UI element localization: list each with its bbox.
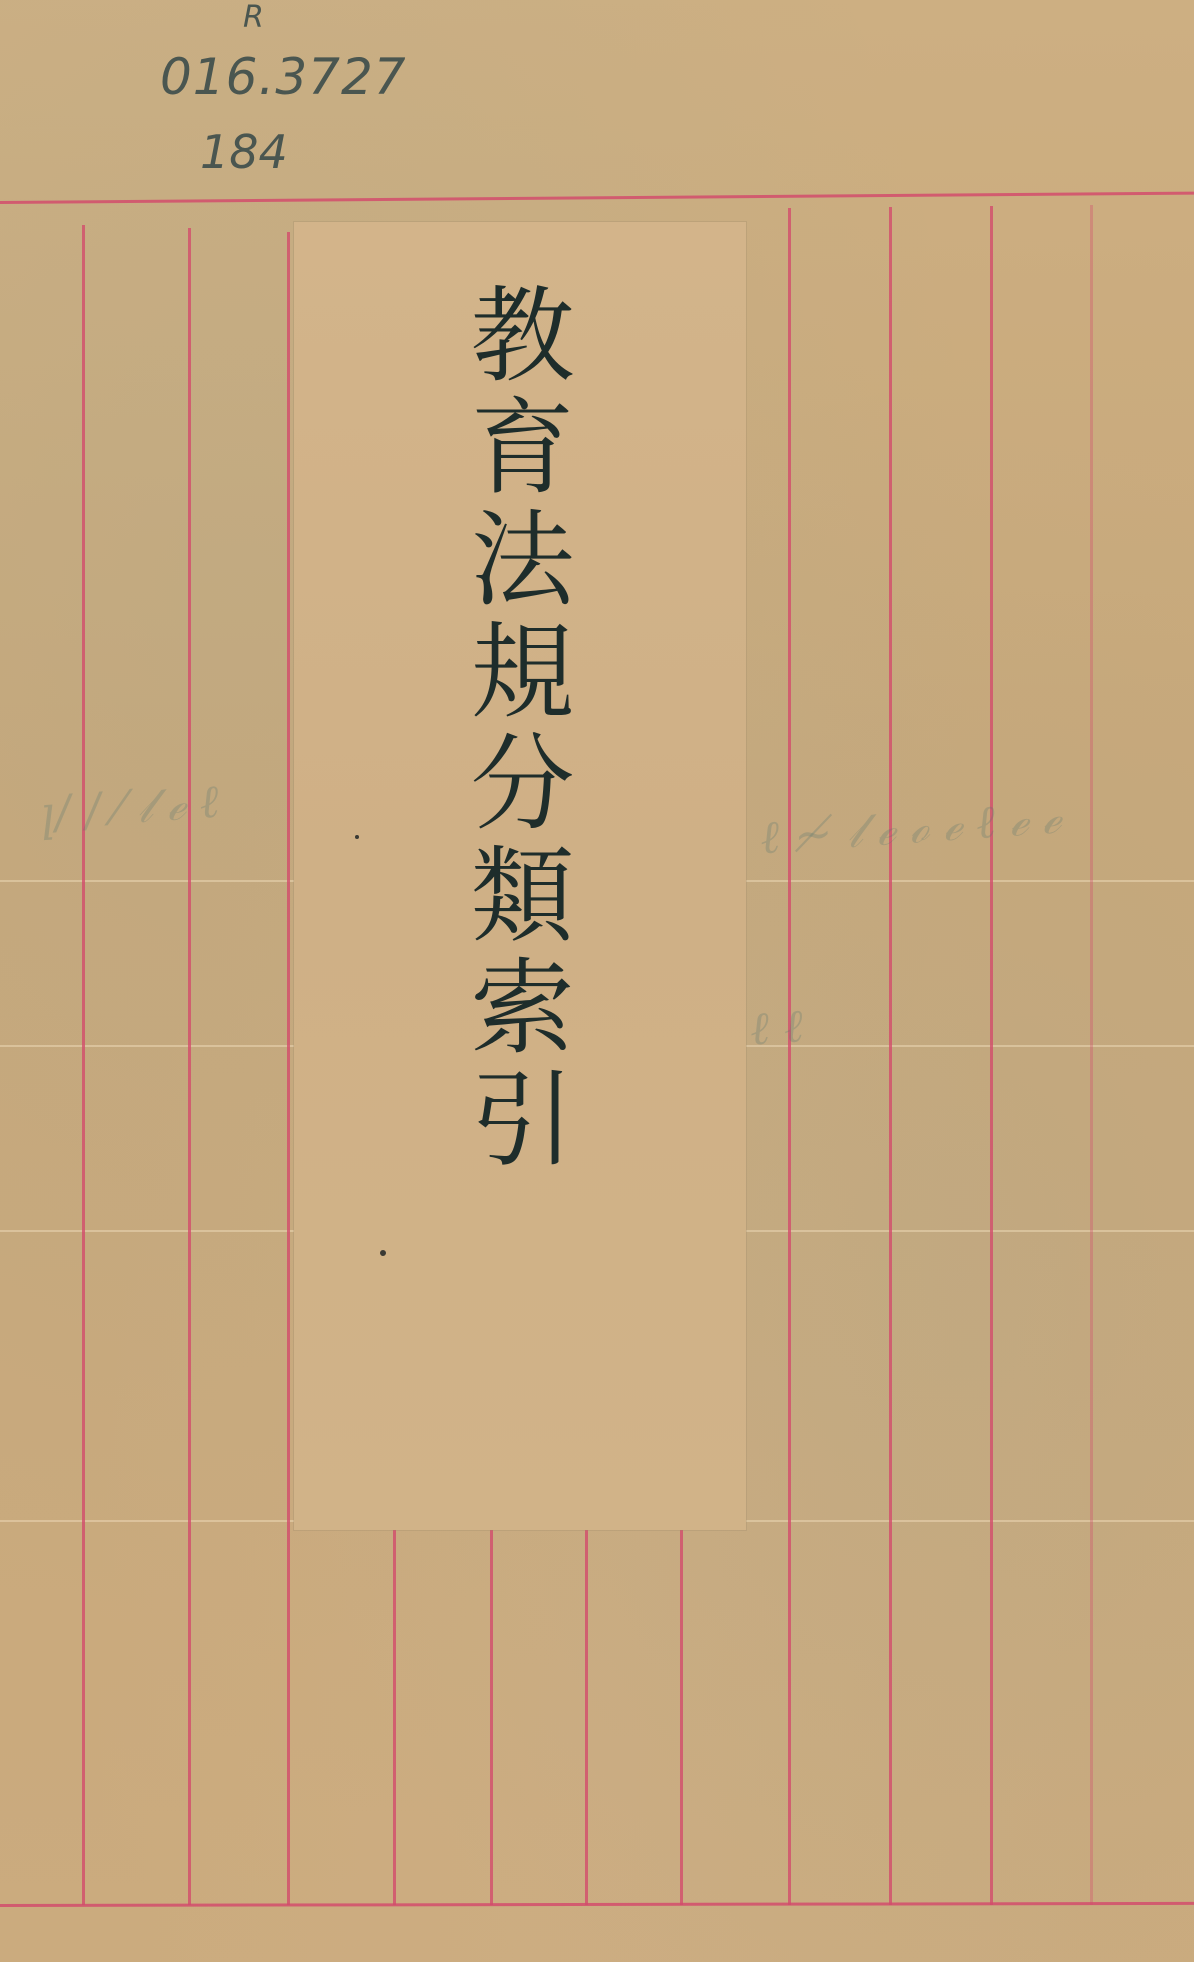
document-title: 教 育 法 規 分 類 索 引 <box>455 280 590 1176</box>
call-number-class: 016.3727 <box>160 48 407 106</box>
ruling-line <box>788 208 791 1905</box>
title-char: 法 <box>470 504 574 616</box>
ruling-line <box>585 1530 588 1905</box>
ruling-line <box>188 228 191 1905</box>
bleed-through-text: ℓ ℓ <box>748 998 805 1056</box>
ruling-line <box>82 225 85 1905</box>
title-char: 分 <box>470 728 574 840</box>
ruling-line <box>990 206 993 1905</box>
ruling-line <box>889 207 892 1905</box>
bleed-through-text: ꞁ/ / ⁄ 𝓁 ℯ ℓ <box>38 774 220 842</box>
title-char: 類 <box>470 840 574 952</box>
bleed-through-text: ℓ ≁ 𝓁 ℯ ℴ ℯ ℓ ℯ ℯ <box>758 790 1062 867</box>
title-char: 規 <box>470 616 574 728</box>
ink-speck <box>380 1250 386 1256</box>
top-ruling-line <box>0 192 1194 204</box>
title-char: 教 <box>470 280 574 392</box>
title-char: 索 <box>470 952 574 1064</box>
document-page: R 016.3727 184 ꞁ/ / ⁄ 𝓁 ℯ ℓ ℓ ≁ 𝓁 ℯ ℴ ℯ … <box>0 0 1194 1962</box>
ruling-line <box>680 1530 683 1905</box>
ruling-line <box>1090 205 1093 1905</box>
bottom-ruling-line <box>0 1902 1194 1907</box>
ruling-line <box>287 232 290 1905</box>
call-number-cutter: 184 <box>200 125 288 179</box>
title-char: 育 <box>470 392 574 504</box>
ink-speck <box>355 835 359 839</box>
call-number-prefix: R <box>243 0 264 35</box>
title-char: 引 <box>470 1064 574 1176</box>
ruling-line <box>393 1530 396 1905</box>
ruling-line <box>490 1530 493 1905</box>
